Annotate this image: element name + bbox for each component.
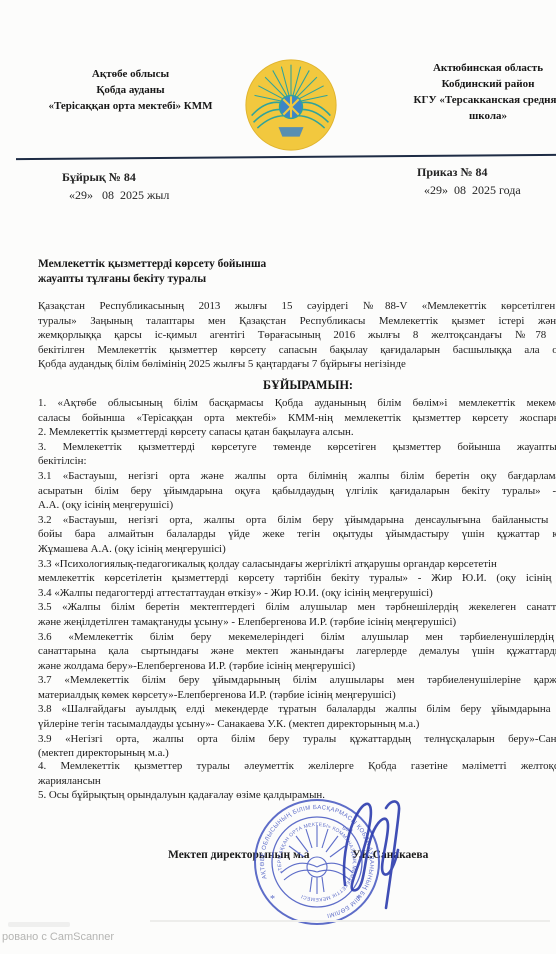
text-line: Қазақстан Республикасының 2013 жылғы 15 … [38, 299, 556, 314]
text-line: 3.6 «Мемлекеттік білім беру мекемелерінд… [38, 630, 556, 645]
text-line: 3.2 «Бастауыш, негізгі орта, жалпы орта … [38, 513, 556, 528]
order-date-ru: «29» 08 2025 года [417, 181, 521, 199]
camscanner-watermark: ровано с CamScanner [2, 931, 114, 943]
org-district-kk: Қобда ауданы [28, 82, 233, 98]
subject-line-2: жауапты тұлғаны бекіту туралы [38, 272, 266, 287]
text-line: 3.5 «Жалпы білім беретін мектептердегі б… [38, 600, 556, 615]
text-line: 2. Мемлекеттік қызметтерді көрсету сапас… [38, 425, 556, 440]
emblem-banner [279, 127, 304, 137]
org-region-ru: Актюбинская область [370, 60, 556, 76]
org-region-kk: Ақтөбе облысы [28, 66, 233, 82]
text-line: 3.1 «Бастауыш, негізгі орта және жалпы о… [38, 469, 556, 484]
text-line: саласы бойынша «Терісаққан орта мектебі»… [38, 411, 556, 426]
text-line: 1. «Ақтөбе облысының білім басқармасы Қо… [38, 396, 556, 411]
text-line: 3.3 «Психологиялық-педагогикалық қолдау … [38, 557, 556, 572]
text-line: А.А. (оқу ісінің меңгерушісі) [38, 498, 556, 513]
text-line: туралы» Заңының талаптары мен Қазақстан … [38, 314, 556, 329]
text-line: бекітілген Мемлекеттік қызметтер көрсету… [38, 343, 556, 358]
text-line: материалдық көмек көрсету»-Елепбергенова… [38, 688, 556, 703]
text-line: 4. Мемлекеттік қызметтер туралы әлеуметт… [38, 759, 556, 774]
text-line: жариялансын [38, 774, 556, 789]
order-items: 1. «Ақтөбе облысының білім басқармасы Қо… [38, 396, 556, 761]
order-date-kk: «29» 08 2025 жыл [62, 186, 169, 204]
text-line: санаттарына қала сыртындағы және мектеп … [38, 644, 556, 659]
org-district-ru: Кобдинский район [370, 76, 556, 92]
text-line: 3.4 «Жалпы педагогтерді аттестаттаудан ө… [38, 586, 556, 601]
scan-artifact-smudge [8, 922, 70, 927]
text-line: асыратын білім беру ұйымдарына оқуға қаб… [38, 484, 556, 499]
stamp-star-left: * [270, 894, 275, 905]
text-line: бекітілсін: [38, 454, 556, 469]
text-line: Жұмашева А.А. (оқу ісінің меңгерушісі) [38, 542, 556, 557]
text-line: 3.8 «Шалғайдағы ауылдық елді мекендерде … [38, 702, 556, 717]
org-name-ru-2: школа» [370, 108, 556, 124]
text-line: жемқорлыққа қарсы іс-қимыл агентігі Төра… [38, 328, 556, 343]
text-line: 3.9 «Негізгі орта, жалпы орта білім беру… [38, 732, 556, 747]
order-number-ru: Приказ № 84 «29» 08 2025 года [417, 163, 521, 199]
text-line: және жолдама беру»-Елепбергенова И.Р. (т… [38, 659, 556, 674]
subject-line-1: Мемлекеттік қызметтерді көрсету бойынша [38, 257, 266, 272]
header-divider [16, 154, 556, 161]
document-page: Ақтөбе облысы Қобда ауданы «Терісаққан о… [0, 0, 556, 954]
scan-artifact-streak [150, 920, 550, 922]
text-line: Қобда аудандық білім бөлімінің 2025 жылғ… [38, 357, 556, 372]
document-subject: Мемлекеттік қызметтерді көрсету бойынша … [38, 257, 266, 287]
text-line: бойы бара алмайтын балаларды үйде жеке т… [38, 527, 556, 542]
intro-paragraph: Қазақстан Республикасының 2013 жылғы 15 … [38, 299, 556, 372]
text-line: үйлеріне тегін тасымалдауды ұсыну»- Сана… [38, 717, 556, 732]
order-title-kk: Бұйрық № 84 [62, 168, 169, 186]
order-title-ru: Приказ № 84 [417, 163, 521, 181]
order-number-kk: Бұйрық № 84 «29» 08 2025 жыл [62, 168, 169, 204]
text-line: мемлекеттік көрсетілетін қызметтерді көр… [38, 571, 556, 586]
kazakhstan-emblem-icon [243, 56, 339, 154]
resolve-heading: БҰЙЫРАМЫН: [38, 378, 556, 393]
handwritten-signature-icon [300, 790, 420, 930]
org-name-ru-1: КГУ «Терсакканская средняя [370, 92, 556, 108]
text-line: 3.7 «Мемлекеттік білім беру ұйымдарының … [38, 673, 556, 688]
letterhead-kk: Ақтөбе облысы Қобда ауданы «Терісаққан о… [28, 66, 233, 114]
letterhead-ru: Актюбинская область Кобдинский район КГУ… [370, 60, 556, 124]
org-name-kk: «Терісаққан орта мектебі» КММ [28, 98, 233, 114]
text-line: 3. Мемлекеттік қызметтерді көрсетуге төм… [38, 440, 556, 455]
text-line: және жеңілдетілген тамақтануды ұсыну» - … [38, 615, 556, 630]
